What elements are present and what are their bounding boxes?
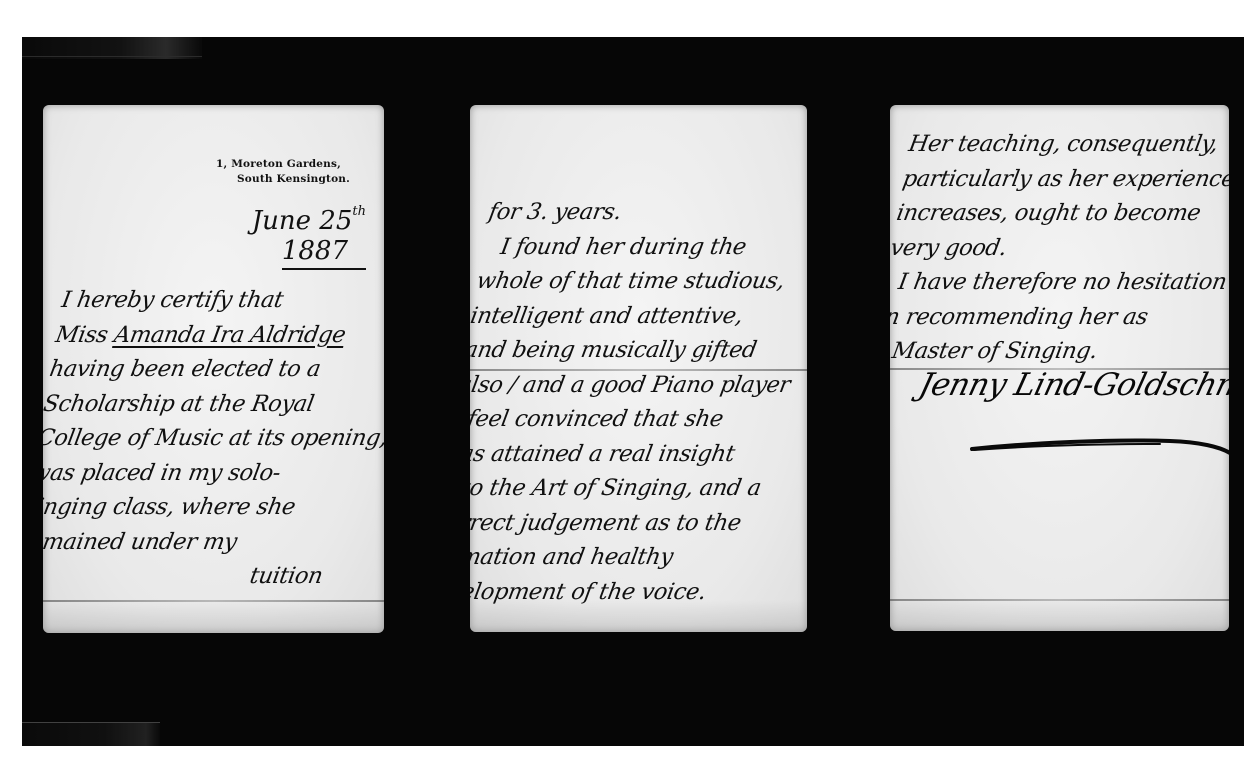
handwritten-line: correct judgement as to the bbox=[470, 506, 744, 541]
signature: Jenny Lind-Goldschmidt bbox=[916, 367, 1229, 403]
handwritten-line: formation and healthy bbox=[470, 540, 738, 575]
handwritten-line: particularly as her experience bbox=[900, 162, 1215, 197]
handwritten-line: Scholarship at the Royal bbox=[43, 387, 358, 422]
handwritten-line: intelligent and attentive, bbox=[470, 299, 781, 334]
letter-page-2: for 3. years. I found her during the who… bbox=[470, 105, 807, 632]
letter-date: June 25th 1887 bbox=[252, 197, 366, 270]
paper-fold-line bbox=[470, 369, 807, 371]
date-suffix: th bbox=[352, 204, 366, 219]
handwritten-line: remained under my bbox=[43, 525, 333, 560]
letterhead-address: 1, Moreton Gardens, South Kensington. bbox=[216, 157, 350, 187]
handwritten-line: singing class, where she bbox=[43, 490, 340, 525]
handwritten-line: I found her during the bbox=[480, 230, 793, 265]
mount-scuff-top bbox=[22, 37, 202, 59]
date-year: 1887 bbox=[282, 236, 366, 270]
handwritten-line: also / and a good Piano player bbox=[470, 368, 769, 403]
handwritten-line: I feel convinced that she bbox=[470, 402, 763, 437]
date-day-line: June 25th bbox=[252, 197, 366, 236]
handwritten-line: for 3. years. bbox=[486, 195, 799, 230]
letterhead-line-1: 1, Moreton Gardens, bbox=[216, 157, 350, 172]
paper-smudge bbox=[470, 600, 807, 632]
handwritten-line: in recommending her as bbox=[890, 300, 1191, 335]
letter-page-3: Her teaching, consequently, particularly… bbox=[890, 105, 1229, 631]
page-1-body: I hereby certify that Miss Amanda Ira Al… bbox=[43, 283, 376, 594]
name-prefix: Miss bbox=[54, 322, 117, 348]
paper-fold-line bbox=[890, 368, 1229, 370]
handwritten-line-name: Miss Amanda Ira Aldridge bbox=[53, 318, 370, 353]
handwritten-line: I hereby certify that bbox=[59, 283, 376, 318]
page-3-body: Her teaching, consequently, particularly… bbox=[890, 127, 1221, 369]
handwritten-line: was placed in my solo- bbox=[43, 456, 346, 491]
handwritten-line: into the Art of Singing, and a bbox=[470, 471, 750, 506]
handwritten-line: Her teaching, consequently, bbox=[906, 127, 1221, 162]
paper-smudge bbox=[890, 599, 1229, 631]
handwritten-line: has attained a real insight bbox=[470, 437, 756, 472]
page-2-body: for 3. years. I found her during the who… bbox=[470, 195, 799, 609]
mount-scuff-bottom bbox=[22, 722, 160, 746]
letter-page-1: 1, Moreton Gardens, South Kensington. Ju… bbox=[43, 105, 384, 633]
handwritten-line: and being musically gifted bbox=[470, 333, 775, 368]
handwritten-line: I have therefore no hesitation bbox=[890, 265, 1197, 300]
letterhead-line-2: South Kensington. bbox=[216, 172, 350, 187]
paper-smudge bbox=[43, 601, 384, 633]
underlined-name: Amanda Ira Aldridge bbox=[112, 322, 348, 348]
handwritten-line: having been elected to a bbox=[47, 352, 364, 387]
handwritten-line: a Master of Singing. bbox=[890, 334, 1185, 369]
handwritten-line: tuition bbox=[43, 559, 327, 594]
date-day: June 25 bbox=[252, 206, 353, 236]
handwritten-line: very good. bbox=[890, 231, 1203, 266]
handwritten-line: increases, ought to become bbox=[894, 196, 1209, 231]
handwritten-line: whole of that time studious, bbox=[474, 264, 787, 299]
signature-flourish-underline bbox=[970, 435, 1229, 455]
handwritten-line: College of Music at its opening, bbox=[43, 421, 352, 456]
